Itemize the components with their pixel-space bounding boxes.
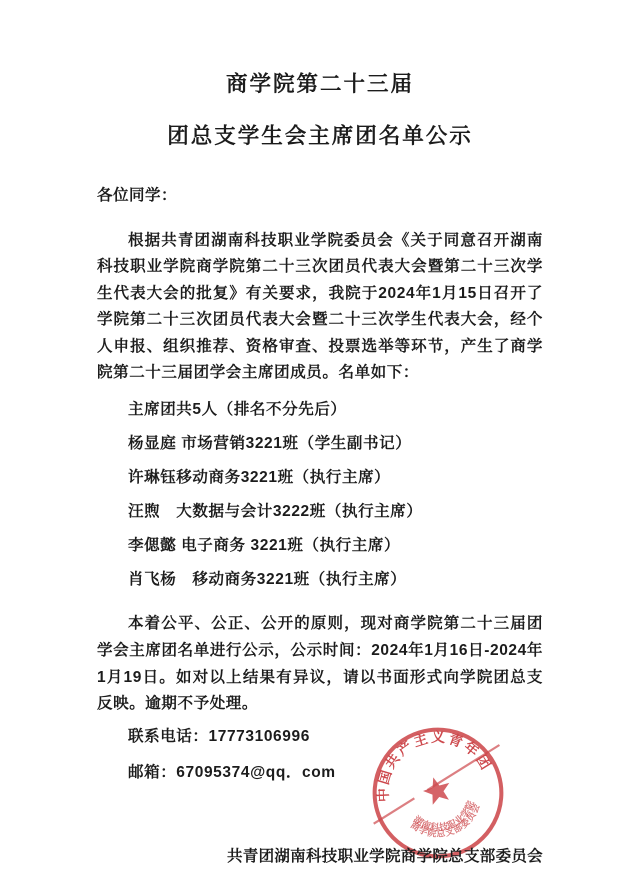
doc-title-line-1: 商学院第二十三届 [97,0,543,96]
member-item: 杨显庭 市场营销3221班（学生副书记） [128,434,543,454]
member-list-heading: 主席团共5人（排名不分先后） [128,400,543,420]
document-content: 商学院第二十三届 团总支学生会主席团名单公示 各位同学： 根据共青团湖南科技职业… [97,0,543,867]
member-item: 汪煦 大数据与会计3222班（执行主席） [128,502,543,522]
doc-title-line-2: 团总支学生会主席团名单公示 [97,124,543,148]
member-item: 肖飞杨 移动商务3221班（执行主席） [128,570,543,590]
member-item: 许琳钰移动商务3221班（执行主席） [128,468,543,488]
opening-paragraph: 根据共青团湖南科技职业学院委员会《关于同意召开湖南科技职业学院商学院第二十三次团… [97,228,543,386]
contact-email: 邮箱：67095374@qq．com [128,763,543,783]
member-item: 李偲懿 电子商务 3221班（执行主席） [128,536,543,556]
contact-phone: 联系电话：17773106996 [128,727,543,747]
signature-line: 共青团湖南科技职业学院商学院总支部委员会 [97,846,543,867]
closing-paragraph: 本着公平、公正、公开的原则，现对商学院第二十三届团学会主席团名单进行公示，公示时… [97,611,543,717]
salutation: 各位同学： [97,185,543,206]
document-page: 商学院第二十三届 团总支学生会主席团名单公示 各位同学： 根据共青团湖南科技职业… [0,0,633,888]
